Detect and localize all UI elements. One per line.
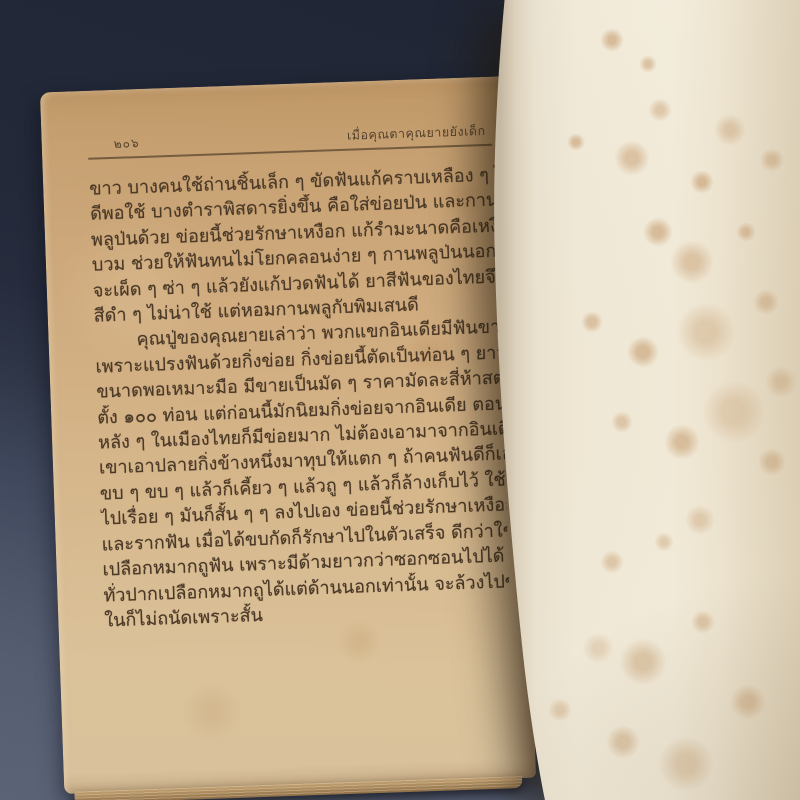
book-right-page-wrap [0, 0, 800, 800]
book-right-curled-page [0, 0, 800, 800]
photo-scene: ๒๐๖ เมื่อคุณตาคุณยายยังเด็ก ขาว บางคนใช้… [0, 0, 800, 800]
page-curl-shading [0, 0, 800, 800]
